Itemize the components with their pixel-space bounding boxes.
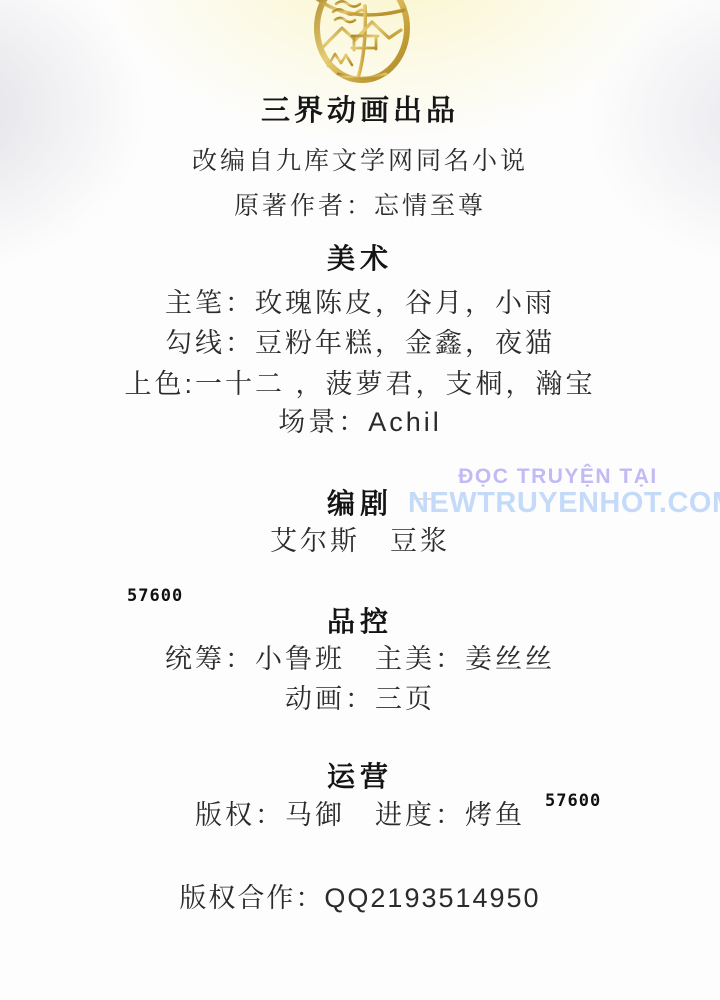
section-heading-art: 美术 [0, 237, 720, 277]
credit-line-main-art: 主笔：玫瑰陈皮，谷月，小雨 [0, 281, 720, 320]
adaptation-note: 改编自九库文学网同名小说 [0, 141, 720, 177]
section-heading-ops: 运营 [0, 755, 720, 795]
section-heading-writer: 编剧 [0, 482, 720, 522]
credit-line-animation: 动画：三页 [0, 677, 720, 716]
credit-line-writers: 艾尔斯 豆浆 [0, 519, 720, 558]
studio-seal-logo [0, 0, 720, 91]
original-author: 原著作者：忘情至尊 [0, 186, 720, 222]
copyright-contact: 版权合作：QQ2193514950 [0, 876, 720, 915]
studio-seal-icon [302, 0, 418, 86]
studio-title: 三界动画出品 [0, 88, 720, 129]
credit-line-copyright: 版权：马御 进度：烤鱼 [0, 793, 720, 832]
credit-line-scenes: 场景：Achil [0, 400, 720, 439]
credit-line-coloring: 上色:一十二 ，菠萝君，支桐，瀚宝 [0, 362, 720, 401]
credit-line-lineart: 勾线：豆粉年糕，金鑫，夜猫 [0, 321, 720, 360]
section-heading-qc: 品控 [0, 600, 720, 640]
credit-line-coordination: 统筹：小鲁班 主美：姜丝丝 [0, 637, 720, 676]
credits-page: 三界动画出品 改编自九库文学网同名小说 原著作者：忘情至尊 美术 主笔：玫瑰陈皮… [0, 0, 720, 1000]
faint-artifact-line [411, 498, 433, 500]
